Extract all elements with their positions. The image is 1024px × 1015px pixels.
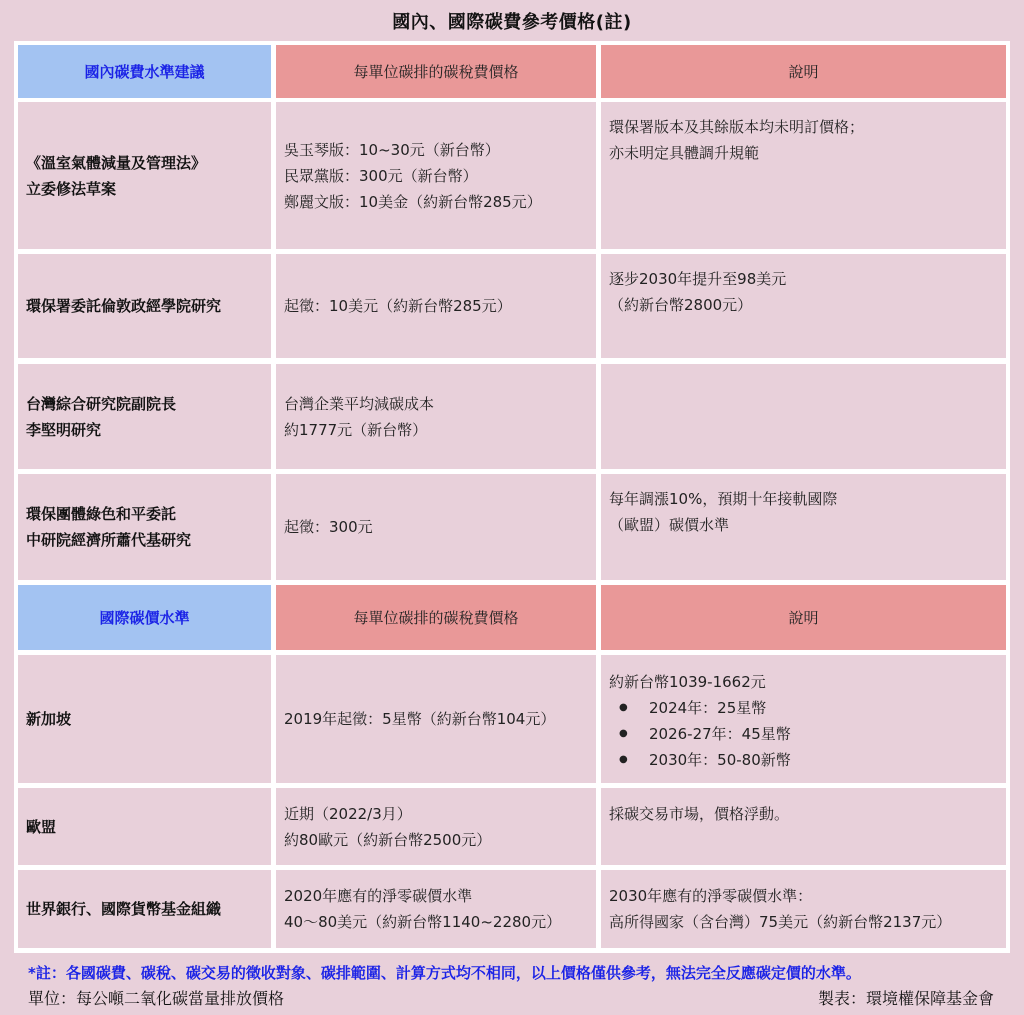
international-header-source: 國際碳價水準 xyxy=(18,585,271,650)
table-row-price: 2019年起徵：5星幣（約新台幣104元） xyxy=(276,655,596,783)
table-row-note: 約新台幣1039-1662元 2024年：25星幣 2026-27年：45星幣 … xyxy=(601,655,1006,783)
table-row-source: 《溫室氣體減量及管理法》 立委修法草案 xyxy=(18,102,271,249)
table-row-price: 台灣企業平均減碳成本 約1777元（新台幣） xyxy=(276,364,596,469)
list-item: 2024年：25星幣 xyxy=(609,695,998,721)
unit-label: 單位：每公噸二氧化碳當量排放價格 xyxy=(28,986,284,1009)
table-row-source: 環保團體綠色和平委託 中研院經濟所蕭代基研究 xyxy=(18,474,271,580)
bullet-list: 2024年：25星幣 2026-27年：45星幣 2030年：50-80新幣 xyxy=(609,695,998,773)
international-header-note: 說明 xyxy=(601,585,1006,650)
page-title: 國內、國際碳費參考價格(註) xyxy=(0,8,1024,34)
domestic-header-price: 每單位碳排的碳稅費價格 xyxy=(276,45,596,98)
list-item: 2026-27年：45星幣 xyxy=(609,721,998,747)
table-row-source: 新加坡 xyxy=(18,655,271,783)
table-row-price: 近期（2022/3月） 約80歐元（約新台幣2500元） xyxy=(276,788,596,865)
table-row-price: 起徵：10美元（約新台幣285元） xyxy=(276,254,596,358)
table-row-note xyxy=(601,364,1006,469)
table-row-source: 歐盟 xyxy=(18,788,271,865)
table-row-note: 逐步2030年提升至98美元 （約新台幣2800元） xyxy=(601,254,1006,358)
table-row-note: 環保署版本及其餘版本均未明訂價格； 亦未明定具體調升規範 xyxy=(601,102,1006,249)
footnote: *註：各國碳費、碳稅、碳交易的徵收對象、碳排範圍、計算方式均不相同，以上價格僅供… xyxy=(28,962,861,983)
table-row-note: 2030年應有的淨零碳價水準： 高所得國家（含台灣）75美元（約新台幣2137元… xyxy=(601,870,1006,948)
table-row-source: 環保署委託倫敦政經學院研究 xyxy=(18,254,271,358)
international-header-price: 每單位碳排的碳稅費價格 xyxy=(276,585,596,650)
table-row-source: 台灣綜合研究院副院長 李堅明研究 xyxy=(18,364,271,469)
table-row-price: 2020年應有的淨零碳價水準 40～80美元（約新台幣1140~2280元） xyxy=(276,870,596,948)
table-row-source: 世界銀行、國際貨幣基金組織 xyxy=(18,870,271,948)
list-item: 2030年：50-80新幣 xyxy=(609,747,998,773)
table-row-price: 起徵：300元 xyxy=(276,474,596,580)
domestic-header-note: 說明 xyxy=(601,45,1006,98)
domestic-header-source: 國內碳費水準建議 xyxy=(18,45,271,98)
table-row-note: 採碳交易市場，價格浮動。 xyxy=(601,788,1006,865)
table-row-price: 吳玉琴版：10~30元（新台幣） 民眾黨版：300元（新台幣） 鄭麗文版：10美… xyxy=(276,102,596,249)
table-row-note: 每年調漲10%，預期十年接軌國際 （歐盟）碳價水準 xyxy=(601,474,1006,580)
source-credit: 製表：環境權保障基金會 xyxy=(818,986,994,1009)
